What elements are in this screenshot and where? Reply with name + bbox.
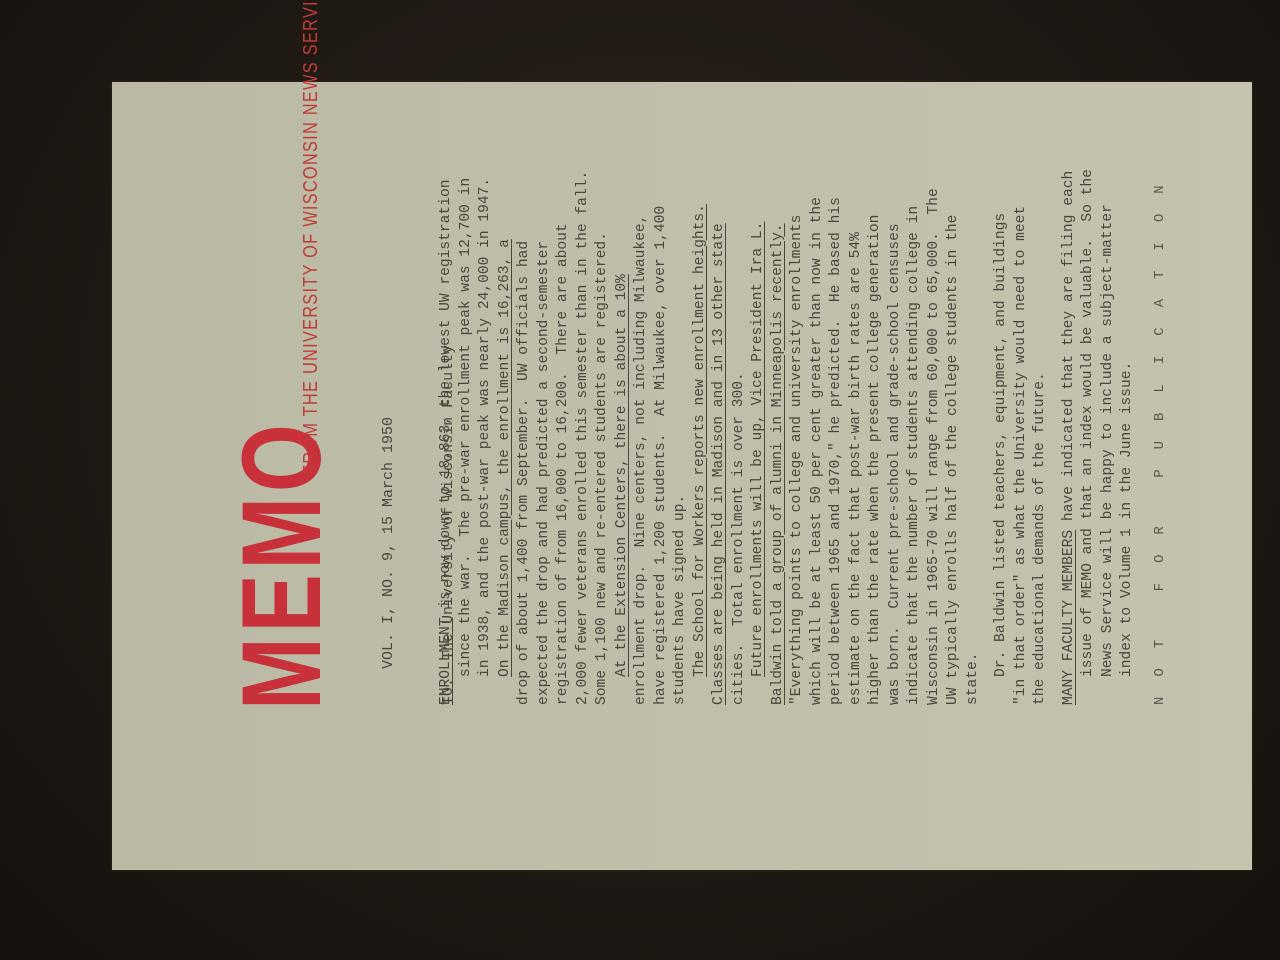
body-line: index to Volume 1 in the June issue. — [1118, 85, 1138, 705]
body-line: estimate on the fact that post-war birth… — [847, 85, 867, 705]
body-line: which will be at least 50 per cent great… — [808, 85, 828, 705]
volume-date: VOL. I, NO. 9, 15 March 1950 — [380, 417, 397, 669]
body-line: issue of MEMO and that an index would be… — [1079, 85, 1099, 705]
body-line: higher than the rate when the present co… — [866, 85, 886, 705]
body-line: indicate that the number of students att… — [905, 85, 925, 705]
body-line: cities. Total enrollment is over 300. — [730, 85, 750, 705]
body-line: Classes are being held in Madison and in… — [710, 85, 730, 705]
memo-page: MEMO FROM THE UNIVERSITY OF WISCONSIN NE… — [112, 82, 1252, 870]
body-line: expected the drop and had predicted a se… — [535, 85, 555, 705]
body-line: Future enrollments will be up, Vice Pres… — [749, 85, 769, 705]
body-line: MANY FACULTY MEMBERS have indicated that… — [1060, 85, 1080, 705]
faculty-lead: MANY FACULTY MEMBERS — [1061, 530, 1077, 705]
masthead: MEMO FROM THE UNIVERSITY OF WISCONSIN NE… — [112, 82, 342, 870]
body-line: News Service will be happy to include a … — [1099, 85, 1119, 705]
body-line: Wisconsin in 1965-70 will range from 60,… — [925, 85, 945, 705]
body-line: was born. Current pre-school and grade-s… — [886, 85, 906, 705]
body-line: drop of about 1,400 from September. UW o… — [515, 85, 535, 705]
body-line: 2,000 fewer veterans enrolled this semes… — [574, 85, 594, 705]
enrollment-lead: ENROLLMENT — [438, 617, 454, 705]
body-line: registration of from 16,000 to 16,200. T… — [554, 85, 574, 705]
body-line: Dr. Baldwin listed teachers, equipment, … — [992, 85, 1012, 705]
body-line: On the Madison campus, the enrollment is… — [496, 85, 516, 705]
body-line: The School for Workers reports new enrol… — [691, 85, 711, 705]
body-line: Baldwin told a group of alumni in Minnea… — [769, 85, 789, 705]
body-line: ENROLLMENT is now down to 18,863, the lo… — [437, 85, 457, 705]
body-line: students have signed up. — [671, 85, 691, 705]
body-line: At the Extension Centers, there is about… — [613, 85, 633, 705]
body-line: state. — [964, 85, 984, 705]
body-line: in 1938, and the post-war peak was nearl… — [476, 85, 496, 705]
body-line: the educational demands of the future. — [1031, 85, 1051, 705]
body-line: "in that order" as what the University w… — [1012, 85, 1032, 705]
body-line: "Everything points to college and univer… — [788, 85, 808, 705]
masthead-from-line: FROM THE UNIVERSITY OF WISCONSIN NEWS SE… — [300, 0, 323, 475]
paragraph-gap — [1051, 85, 1060, 705]
body-line: enrollment drop. Nine centers, not inclu… — [632, 85, 652, 705]
paragraph-gap — [983, 85, 992, 705]
body-line: period between 1965 and 1970," he predic… — [827, 85, 847, 705]
body-line: since the war. The pre-war enrollment pe… — [457, 85, 477, 705]
body-line: have registered 1,200 students. At Milwa… — [652, 85, 672, 705]
body-line: UW typically enrolls half of the college… — [944, 85, 964, 705]
not-for-publication-notice: NOT FOR PUBLICATION — [1152, 165, 1168, 705]
body-line: Some 1,100 new and re-entered students a… — [593, 85, 613, 705]
memo-body: ENROLLMENT is now down to 18,863, the lo… — [437, 85, 1138, 705]
